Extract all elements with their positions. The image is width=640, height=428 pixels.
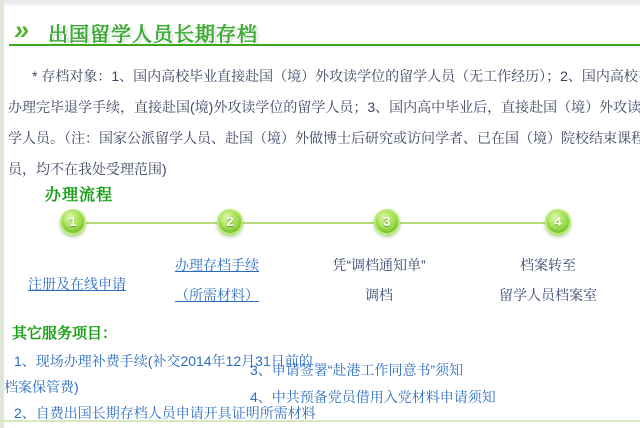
flow-connector-line (73, 222, 558, 224)
paragraph-line: 学人员。（注：国家公派留学人员、赴国（境）外做博士后研究或访问学者、已在国（境）… (8, 123, 634, 154)
step-3-label: 凭“调档通知单” 调档 (304, 250, 454, 310)
archive-target-paragraph: * 存档对象：1、国内高校毕业直接赴国（境）外攻读学位的留学人员（无工作经历）；… (8, 61, 634, 185)
step-2-label-text-line2[interactable]: （所需材料） (142, 280, 292, 310)
other-services-heading: 其它服务项目： (12, 322, 117, 343)
service-item-4-link[interactable]: 4、中共预备党员借用入党材料申请须知 (250, 387, 496, 407)
step-4-label-text-line1: 档案转至 (473, 250, 623, 280)
step-4-label-text-line2: 留学人员档案室 (473, 280, 623, 310)
left-edge-strip (0, 0, 4, 428)
header-underline (9, 44, 640, 46)
paragraph-line: 办理完毕退学手续，直接赴国(境)外攻读学位的留学人员；3、国内高中毕业后，直接赴… (8, 92, 634, 123)
step-3-badge-icon: 3 (374, 209, 400, 235)
step-3-label-text-line2: 调档 (304, 280, 454, 310)
page-header: » 出国留学人员长期存档 (10, 16, 632, 46)
step-4-badge-icon: 4 (545, 209, 571, 235)
step-1-label-text[interactable]: 注册及在线申请 (2, 269, 152, 299)
step-1-label-link[interactable]: 注册及在线申请 (2, 269, 152, 299)
step-4-label: 档案转至 留学人员档案室 (473, 250, 623, 310)
step-2-badge-icon: 2 (217, 209, 243, 235)
service-item-1-line2[interactable]: 档案保管费) (4, 377, 79, 397)
step-1-badge-icon: 1 (60, 209, 86, 235)
page-title: 出国留学人员长期存档 (48, 18, 258, 47)
step-2-label-text-line1[interactable]: 办理存档手续 (142, 250, 292, 280)
step-3-label-text-line1: 凭“调档通知单” (304, 250, 454, 280)
service-item-3-link[interactable]: 3、申请签署“赴港工作同意书”须知 (250, 360, 463, 380)
step-2-label-link[interactable]: 办理存档手续 （所需材料） (142, 250, 292, 310)
top-edge-strip (0, 0, 640, 6)
process-heading: 办理流程 (45, 182, 113, 205)
double-chevron-icon: » (14, 16, 27, 44)
paragraph-line: * 存档对象：1、国内高校毕业直接赴国（境）外攻读学位的留学人员（无工作经历）；… (8, 61, 634, 92)
paragraph-line: 员，均不在我处受理范围) (8, 154, 634, 185)
